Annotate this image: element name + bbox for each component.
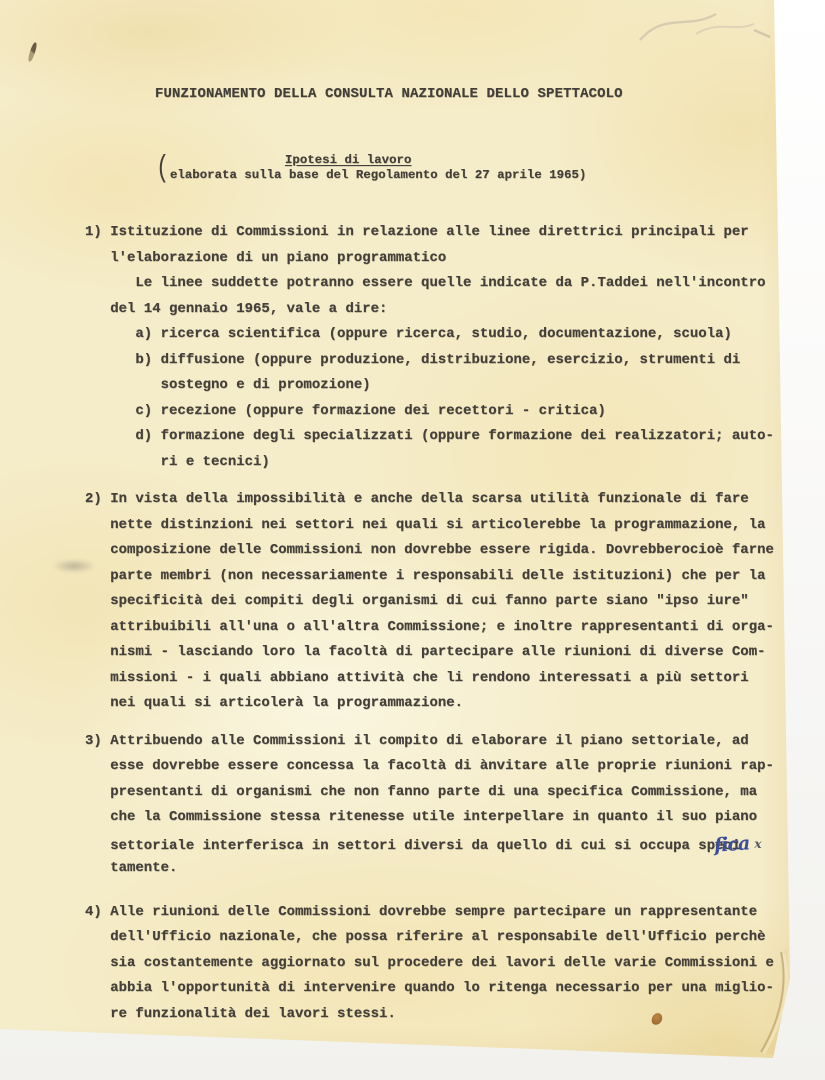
typewritten-line: specificità dei compiti degli organismi …	[85, 589, 774, 615]
typewritten-line: attribuibili all'una o all'altra Commiss…	[85, 615, 774, 641]
typewritten-line: che la Commissione stessa ritenesse util…	[85, 805, 774, 831]
typewritten-line: a) ricerca scientifica (oppure ricerca, …	[85, 322, 774, 348]
pencil-scribble-mark	[630, 2, 800, 52]
typewritten-line: composizione delle Commissioni non dovre…	[85, 538, 774, 564]
typewritten-line: parte membri (non necessariamente i resp…	[85, 564, 774, 590]
typewritten-line: nismi - lasciando loro la facoltà di par…	[85, 640, 774, 666]
paragraph: 4) Alle riunioni delle Commissioni dovre…	[85, 900, 774, 1028]
typewritten-line: nette distinzioni nei settori nei quali …	[85, 513, 774, 539]
paragraph: 2) In vista della impossibilità e anche …	[85, 487, 774, 717]
paragraphs: 1) Istituzione di Commissioni in relazio…	[85, 220, 774, 1039]
typewritten-line: b) diffusione (oppure produzione, distri…	[85, 348, 774, 374]
subtitle-note: elaborata sulla base del Regolamento del…	[170, 168, 586, 182]
typewritten-line: c) recezione (oppure formazione dei rece…	[85, 399, 774, 425]
typewritten-line: missioni - i quali abbiano attività che …	[85, 666, 774, 692]
scanned-document-screenshot: FUNZIONAMENTO DELLA CONSULTA NAZIONALE D…	[0, 0, 825, 1080]
typewritten-line: d) formazione degli specializzati (oppur…	[85, 424, 774, 450]
pen-dash-mark	[27, 42, 38, 63]
typewritten-line: sostegno e di promozione)	[85, 373, 774, 399]
paragraph: 1) Istituzione di Commissioni in relazio…	[85, 220, 774, 475]
typewritten-line: sia costantemente aggiornato sul procede…	[85, 951, 774, 977]
typewritten-line: dell'Ufficio nazionale, che possa riferi…	[85, 925, 774, 951]
typewritten-line: abbia l'opportunità di intervenire quand…	[85, 976, 774, 1002]
paragraph: 3) Attribuendo alle Commissioni il compi…	[85, 729, 774, 882]
fold-crease	[735, 940, 825, 1070]
typewritten-line: 3) Attribuendo alle Commissioni il compi…	[85, 729, 774, 755]
typewritten-line: Le linee suddette potranno essere quelle…	[85, 271, 774, 297]
typewritten-line: presentanti di organismi che non fanno p…	[85, 780, 774, 806]
subtitle-parenthesis: (	[156, 151, 169, 186]
typewritten-line: l'elaborazione di un piano programmatico	[85, 246, 774, 272]
typewritten-line: nei quali si articolerà la programmazion…	[85, 691, 774, 717]
typewritten-line: 2) In vista della impossibilità e anche …	[85, 487, 774, 513]
subtitle-heading: Ipotesi di lavoro	[285, 153, 411, 167]
typewritten-line: 1) Istituzione di Commissioni in relazio…	[85, 220, 774, 246]
typewritten-line: tamente.	[85, 856, 774, 882]
typewritten-line: 4) Alle riunioni delle Commissioni dovre…	[85, 900, 774, 926]
handwritten-ink-mark: x	[754, 832, 761, 858]
handwritten-ink-correction: fica	[714, 833, 716, 858]
typewritten-line: ri e tecnici)	[85, 450, 774, 476]
typewritten-text: settoriale interferisca in settori diver…	[85, 838, 740, 854]
document-paper: FUNZIONAMENTO DELLA CONSULTA NAZIONALE D…	[0, 0, 825, 1080]
typewritten-line: settoriale interferisca in settori diver…	[85, 831, 774, 857]
smudge-mark	[52, 559, 96, 573]
document-title: FUNZIONAMENTO DELLA CONSULTA NAZIONALE D…	[155, 86, 623, 102]
typewritten-line: esse dovrebbe essere concessa la facoltà…	[85, 754, 774, 780]
typewritten-line: re funzionalità dei lavori stessi.	[85, 1002, 774, 1028]
typewritten-line: del 14 gennaio 1965, vale a dire:	[85, 297, 774, 323]
